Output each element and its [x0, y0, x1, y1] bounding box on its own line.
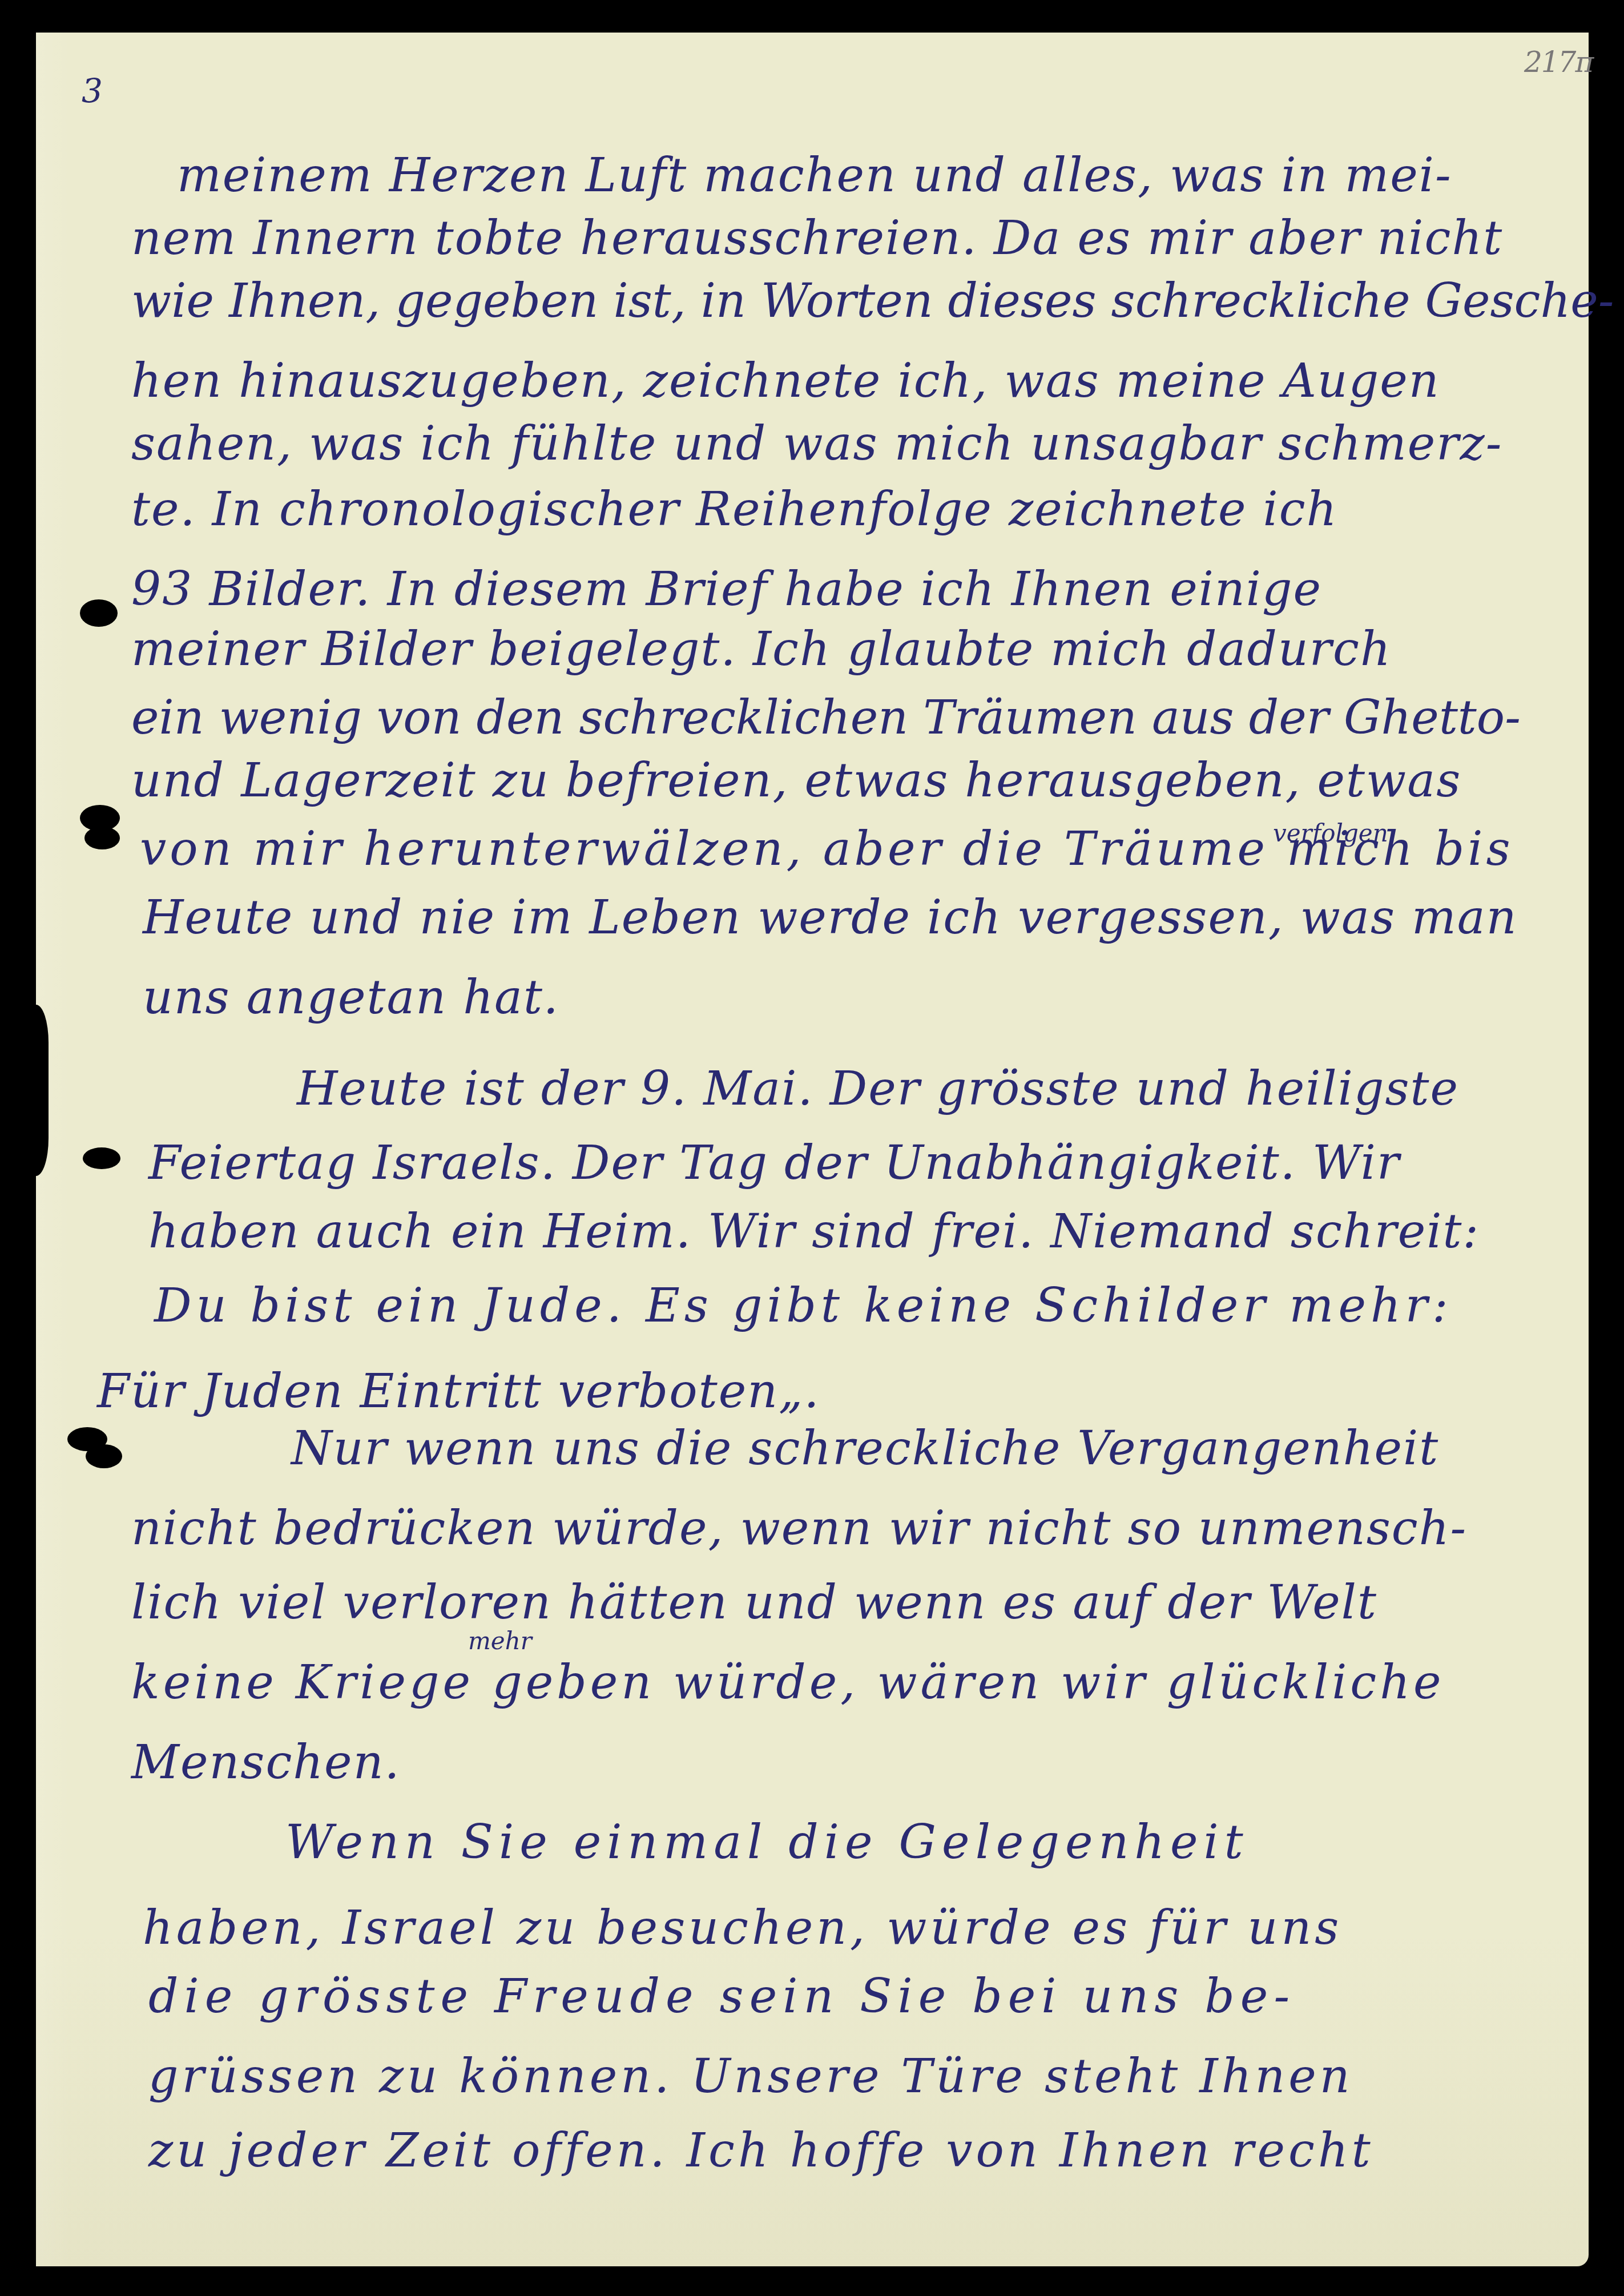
text-line: Feiertag Israels. Der Tag der Unabhängig… — [148, 1136, 1400, 1190]
text-line: 93 Bilder. In diesem Brief habe ich Ihne… — [131, 562, 1322, 617]
text-line: zu jeder Zeit offen. Ich hoffe von Ihnen… — [148, 2124, 1374, 2178]
punch-hole — [83, 1147, 120, 1169]
text-line: meinem Herzen Luft machen und alles, was… — [177, 148, 1452, 203]
inserted-word-verfolgen: verfolgen — [1273, 819, 1388, 847]
text-line: Du bist ein Jude. Es gibt keine Schilder… — [154, 1279, 1453, 1333]
text-line: die grösste Freude sein Sie bei uns be- — [148, 1969, 1295, 2024]
archive-number: 217π — [1524, 46, 1593, 79]
text-line: grüssen zu können. Unsere Türe steht Ihn… — [148, 2049, 1353, 2104]
punch-hole — [80, 599, 118, 627]
text-line: Heute ist der 9. Mai. Der grösste und he… — [297, 1062, 1459, 1116]
page-edge-notch — [36, 1005, 49, 1176]
text-line: sahen, was ich fühlte und was mich unsag… — [131, 417, 1502, 471]
text-line: ein wenig von den schrecklichen Träumen … — [131, 691, 1521, 745]
text-line: meiner Bilder beigelegt. Ich glaubte mic… — [131, 622, 1392, 676]
text-line: Nur wenn uns die schreckliche Vergangenh… — [291, 1421, 1439, 1476]
text-line: und Lagerzeit zu befreien, etwas herausg… — [131, 754, 1461, 808]
text-line: nicht bedrücken würde, wenn wir nicht so… — [131, 1501, 1467, 1556]
text-line: wie Ihnen, gegeben ist, in Worten dieses… — [131, 274, 1614, 328]
inserted-word-mehr: mehr — [468, 1627, 532, 1655]
page-number: 3 — [82, 71, 103, 110]
text-line: keine Kriege geben würde, wären wir glüc… — [131, 1655, 1445, 1710]
text-line: lich viel verloren hätten und wenn es au… — [131, 1576, 1377, 1630]
text-line: nem Innern tobte herausschreien. Da es m… — [131, 211, 1503, 265]
punch-hole — [86, 1444, 122, 1468]
text-line: uns angetan hat. — [143, 970, 559, 1025]
punch-hole — [84, 827, 120, 849]
text-line: Für Juden Eintritt verboten„. — [97, 1364, 820, 1419]
text-line: Heute und nie im Leben werde ich vergess… — [143, 891, 1518, 945]
text-line: haben auch ein Heim. Wir sind frei. Niem… — [148, 1205, 1480, 1259]
text-line: Wenn Sie einmal die Gelegenheit — [285, 1815, 1249, 1870]
text-line: Menschen. — [131, 1735, 401, 1790]
text-line: haben, Israel zu besuchen, würde es für … — [143, 1901, 1342, 1955]
text-line: te. In chronologischer Reihenfolge zeich… — [131, 482, 1338, 537]
text-line: hen hinauszugeben, zeichnete ich, was me… — [131, 354, 1440, 408]
